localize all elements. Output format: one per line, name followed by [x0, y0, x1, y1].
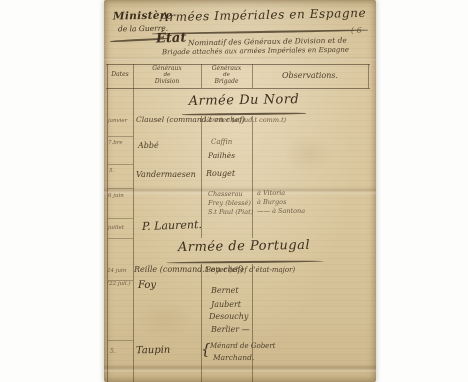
date-col-tick — [108, 188, 133, 189]
subtitle-initial: État — [156, 31, 187, 46]
page-mark: ( 6 — [351, 27, 362, 35]
col-header-observations: Observations. — [252, 72, 368, 80]
nord-r2-date: 7.bre — [108, 141, 123, 147]
nord-r2-brigade-1: Caffin — [211, 139, 232, 146]
nord-r1-date: janvier — [108, 119, 127, 125]
age-stain — [284, 135, 334, 173]
portugal-r6-division: Taupin — [136, 346, 171, 357]
manuscript-page: Ministère de la Guerre. Armées Impériale… — [104, 0, 376, 382]
nord-r4-obs-2: à Burgos — [257, 199, 286, 206]
nord-r2-division: Abbé — [138, 142, 159, 150]
portugal-r5-brigade: Berlier — — [211, 326, 250, 334]
portugal-r6-brigade-2: Marchand. — [213, 354, 254, 362]
col-header-brigade-3: Brigade — [201, 79, 252, 85]
col-header-division-3: Division — [133, 79, 201, 85]
nord-r4-brigade-1: Chasserau — [208, 191, 243, 198]
date-col-tick — [108, 218, 133, 219]
col-dates-rule — [133, 64, 134, 382]
nord-r4-brigade-3: S.t Paul (Piat) — [208, 209, 253, 216]
fold-crease — [104, 56, 376, 61]
table-header-bottom-rule — [106, 88, 370, 89]
portugal-r2-brigade: Bernet — [211, 287, 239, 295]
nord-r1-brigade: Vannier (adjud.t comm.t) — [204, 117, 286, 124]
nord-r3-division: Vandermaesen — [136, 171, 196, 179]
col-brigade-rule-nord — [252, 116, 253, 238]
scanned-document-view: Ministère de la Guerre. Armées Impériale… — [0, 0, 468, 382]
fold-crease — [104, 364, 376, 373]
portugal-r6-brigade-1: Ménard de Gobert — [210, 343, 275, 350]
portugal-r6-date: 5. — [110, 349, 116, 355]
nord-r4-obs-3: —— à Santona — [257, 208, 305, 215]
nord-r3-date: 5. — [109, 169, 114, 175]
date-col-tick — [108, 340, 133, 341]
col-division-rule-portugal — [201, 264, 202, 382]
col-brigade-rule-portugal — [252, 264, 253, 382]
table-left-rule — [107, 64, 108, 382]
portugal-r1-date: 24 juin — [107, 269, 126, 275]
portugal-r3-brigade: Jaubert — [211, 301, 241, 309]
age-stain — [134, 300, 194, 340]
nord-r4-brigade-2: Frey (blessé) — [208, 200, 251, 207]
section-heading-nord: Armée Du Nord — [164, 93, 324, 109]
section-heading-portugal: Armée de Portugal — [150, 238, 338, 255]
nord-r3-brigade: Rouget — [206, 170, 235, 178]
date-col-tick — [108, 238, 133, 239]
nord-r2-brigade-2: Pailhès — [208, 152, 235, 160]
subtitle-line2: Brigade attachés aux armées Impériales e… — [162, 47, 349, 57]
col-header-dates: Dates — [107, 72, 133, 78]
nord-r5-date: juillet — [108, 226, 124, 232]
nord-r4-obs-1: à Vitoria — [257, 190, 285, 197]
date-col-tick — [108, 164, 133, 165]
portugal-r4-brigade: Desouchy — [209, 313, 248, 321]
nord-r4-date: 6 juin — [108, 194, 124, 200]
nord-r5-division: P. Laurent. — [142, 219, 202, 233]
date-col-tick — [108, 136, 133, 137]
portugal-heading-underline — [166, 260, 324, 264]
document-title: Armées Impériales en Espagne — [160, 7, 366, 24]
portugal-r2-division: Foy — [138, 281, 156, 292]
table-right-rule — [368, 64, 369, 88]
portugal-r1-brigade: Boyer (chef d'état-major) — [206, 267, 295, 274]
portugal-r2-date: (22 juil.) — [107, 282, 131, 288]
